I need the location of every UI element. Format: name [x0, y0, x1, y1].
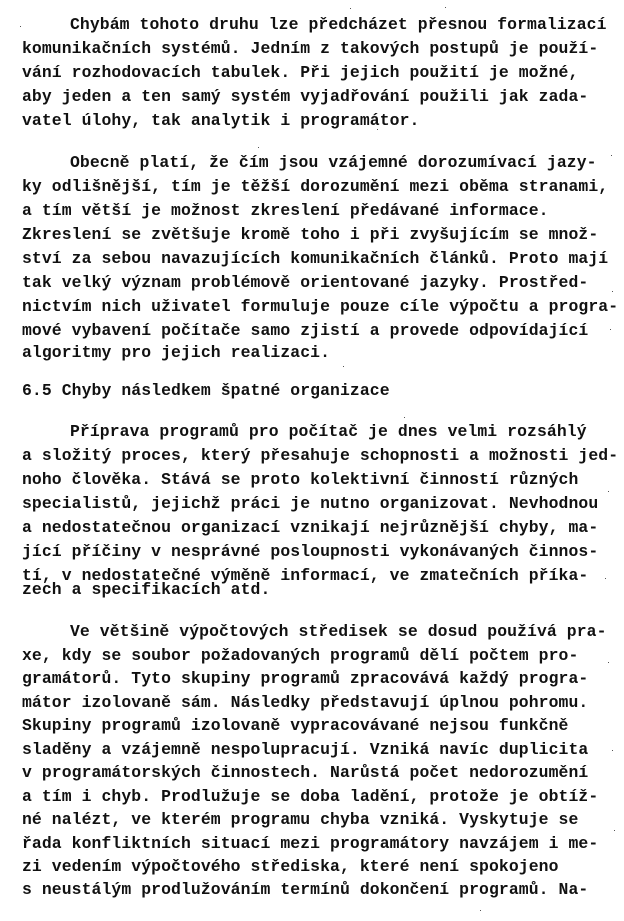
text-line: vání rozhodovacích tabulek. Při jejich p… [22, 63, 578, 83]
text-line: a tím větší je možnost zkreslení předáva… [22, 201, 549, 221]
scan-speck [404, 417, 405, 418]
scan-speck [612, 750, 613, 751]
text-line: noho člověka. Stává se proto kolektivní … [22, 470, 578, 490]
scan-speck [605, 578, 606, 579]
text-line: specialistů, jejichž práci je nutno orga… [22, 494, 598, 514]
text-line: nictvím nich uživatel formuluje pouze cí… [22, 297, 618, 317]
scan-speck [20, 26, 21, 27]
text-line: ství za sebou navazujících komunikačních… [22, 249, 608, 269]
text-line: a tím i chyb. Prodlužuje se doba ladění,… [22, 787, 598, 807]
scan-speck [480, 910, 481, 911]
scan-speck [377, 129, 378, 130]
text-line: a složitý proces, který přesahuje schopn… [22, 446, 618, 466]
text-line: s neustálým prodlužováním termínů dokonč… [22, 880, 588, 900]
text-line: Příprava programů pro počítač je dnes ve… [70, 422, 587, 442]
text-line: v programátorských činnostech. Narůstá p… [22, 763, 588, 783]
scan-speck [611, 155, 612, 156]
text-line: vatel úlohy, tak analytik i programátor. [22, 111, 419, 131]
scan-speck [445, 7, 446, 8]
text-line: a nedostatečnou organizací vznikají nejr… [22, 518, 598, 538]
text-line: xe, kdy se soubor požadovaných programů … [22, 646, 578, 666]
scan-speck [614, 830, 615, 831]
text-line: mátor izolovaně sám. Následky představuj… [22, 693, 588, 713]
text-line: sladěny a vzájemně nespolupracují. Vznik… [22, 740, 588, 760]
text-line: jící příčiny v nesprávné posloupnosti vy… [22, 542, 598, 562]
text-line: řada konfliktních situací mezi programát… [22, 834, 598, 854]
text-line: Chybám tohoto druhu lze předcházet přesn… [70, 15, 607, 35]
text-line: Zkreslení se zvětšuje kromě toho i při z… [22, 225, 598, 245]
scan-speck [608, 491, 609, 492]
text-line: zech a specifikacích atd. [22, 580, 270, 600]
text-line: Obecně platí, že čím jsou vzájemné doroz… [70, 153, 597, 173]
scan-speck [343, 366, 344, 367]
scan-speck [610, 329, 611, 330]
text-line: Skupiny programů izolovaně vypracovávané… [22, 716, 568, 736]
scanned-document-page: Chybám tohoto druhu lze předcházet přesn… [0, 0, 624, 921]
text-line: tak velký význam problémově orientované … [22, 273, 588, 293]
section-heading: 6.5 Chyby následkem špatné organizace [22, 381, 390, 401]
text-line: zi vedením výpočtového střediska, které … [22, 857, 559, 877]
text-line: komunikačních systémů. Jedním z takových… [22, 39, 598, 59]
text-line: né nalézt, ve kterém programu chyba vzni… [22, 810, 578, 830]
scan-speck [612, 291, 613, 292]
text-line: ky odlišnější, tím je těžší dorozumění m… [22, 177, 608, 197]
text-line: algoritmy pro jejich realizaci. [22, 343, 330, 363]
scan-speck [258, 147, 259, 148]
scan-speck [608, 662, 609, 663]
scan-speck [350, 8, 351, 9]
text-line: aby jeden a ten samý systém vyjadřování … [22, 87, 588, 107]
text-line: mové vybavení počítače samo zjistí a pro… [22, 321, 588, 341]
text-line: Ve většině výpočtových středisek se dosu… [70, 622, 607, 642]
text-line: gramátorů. Tyto skupiny programů zpracov… [22, 669, 588, 689]
